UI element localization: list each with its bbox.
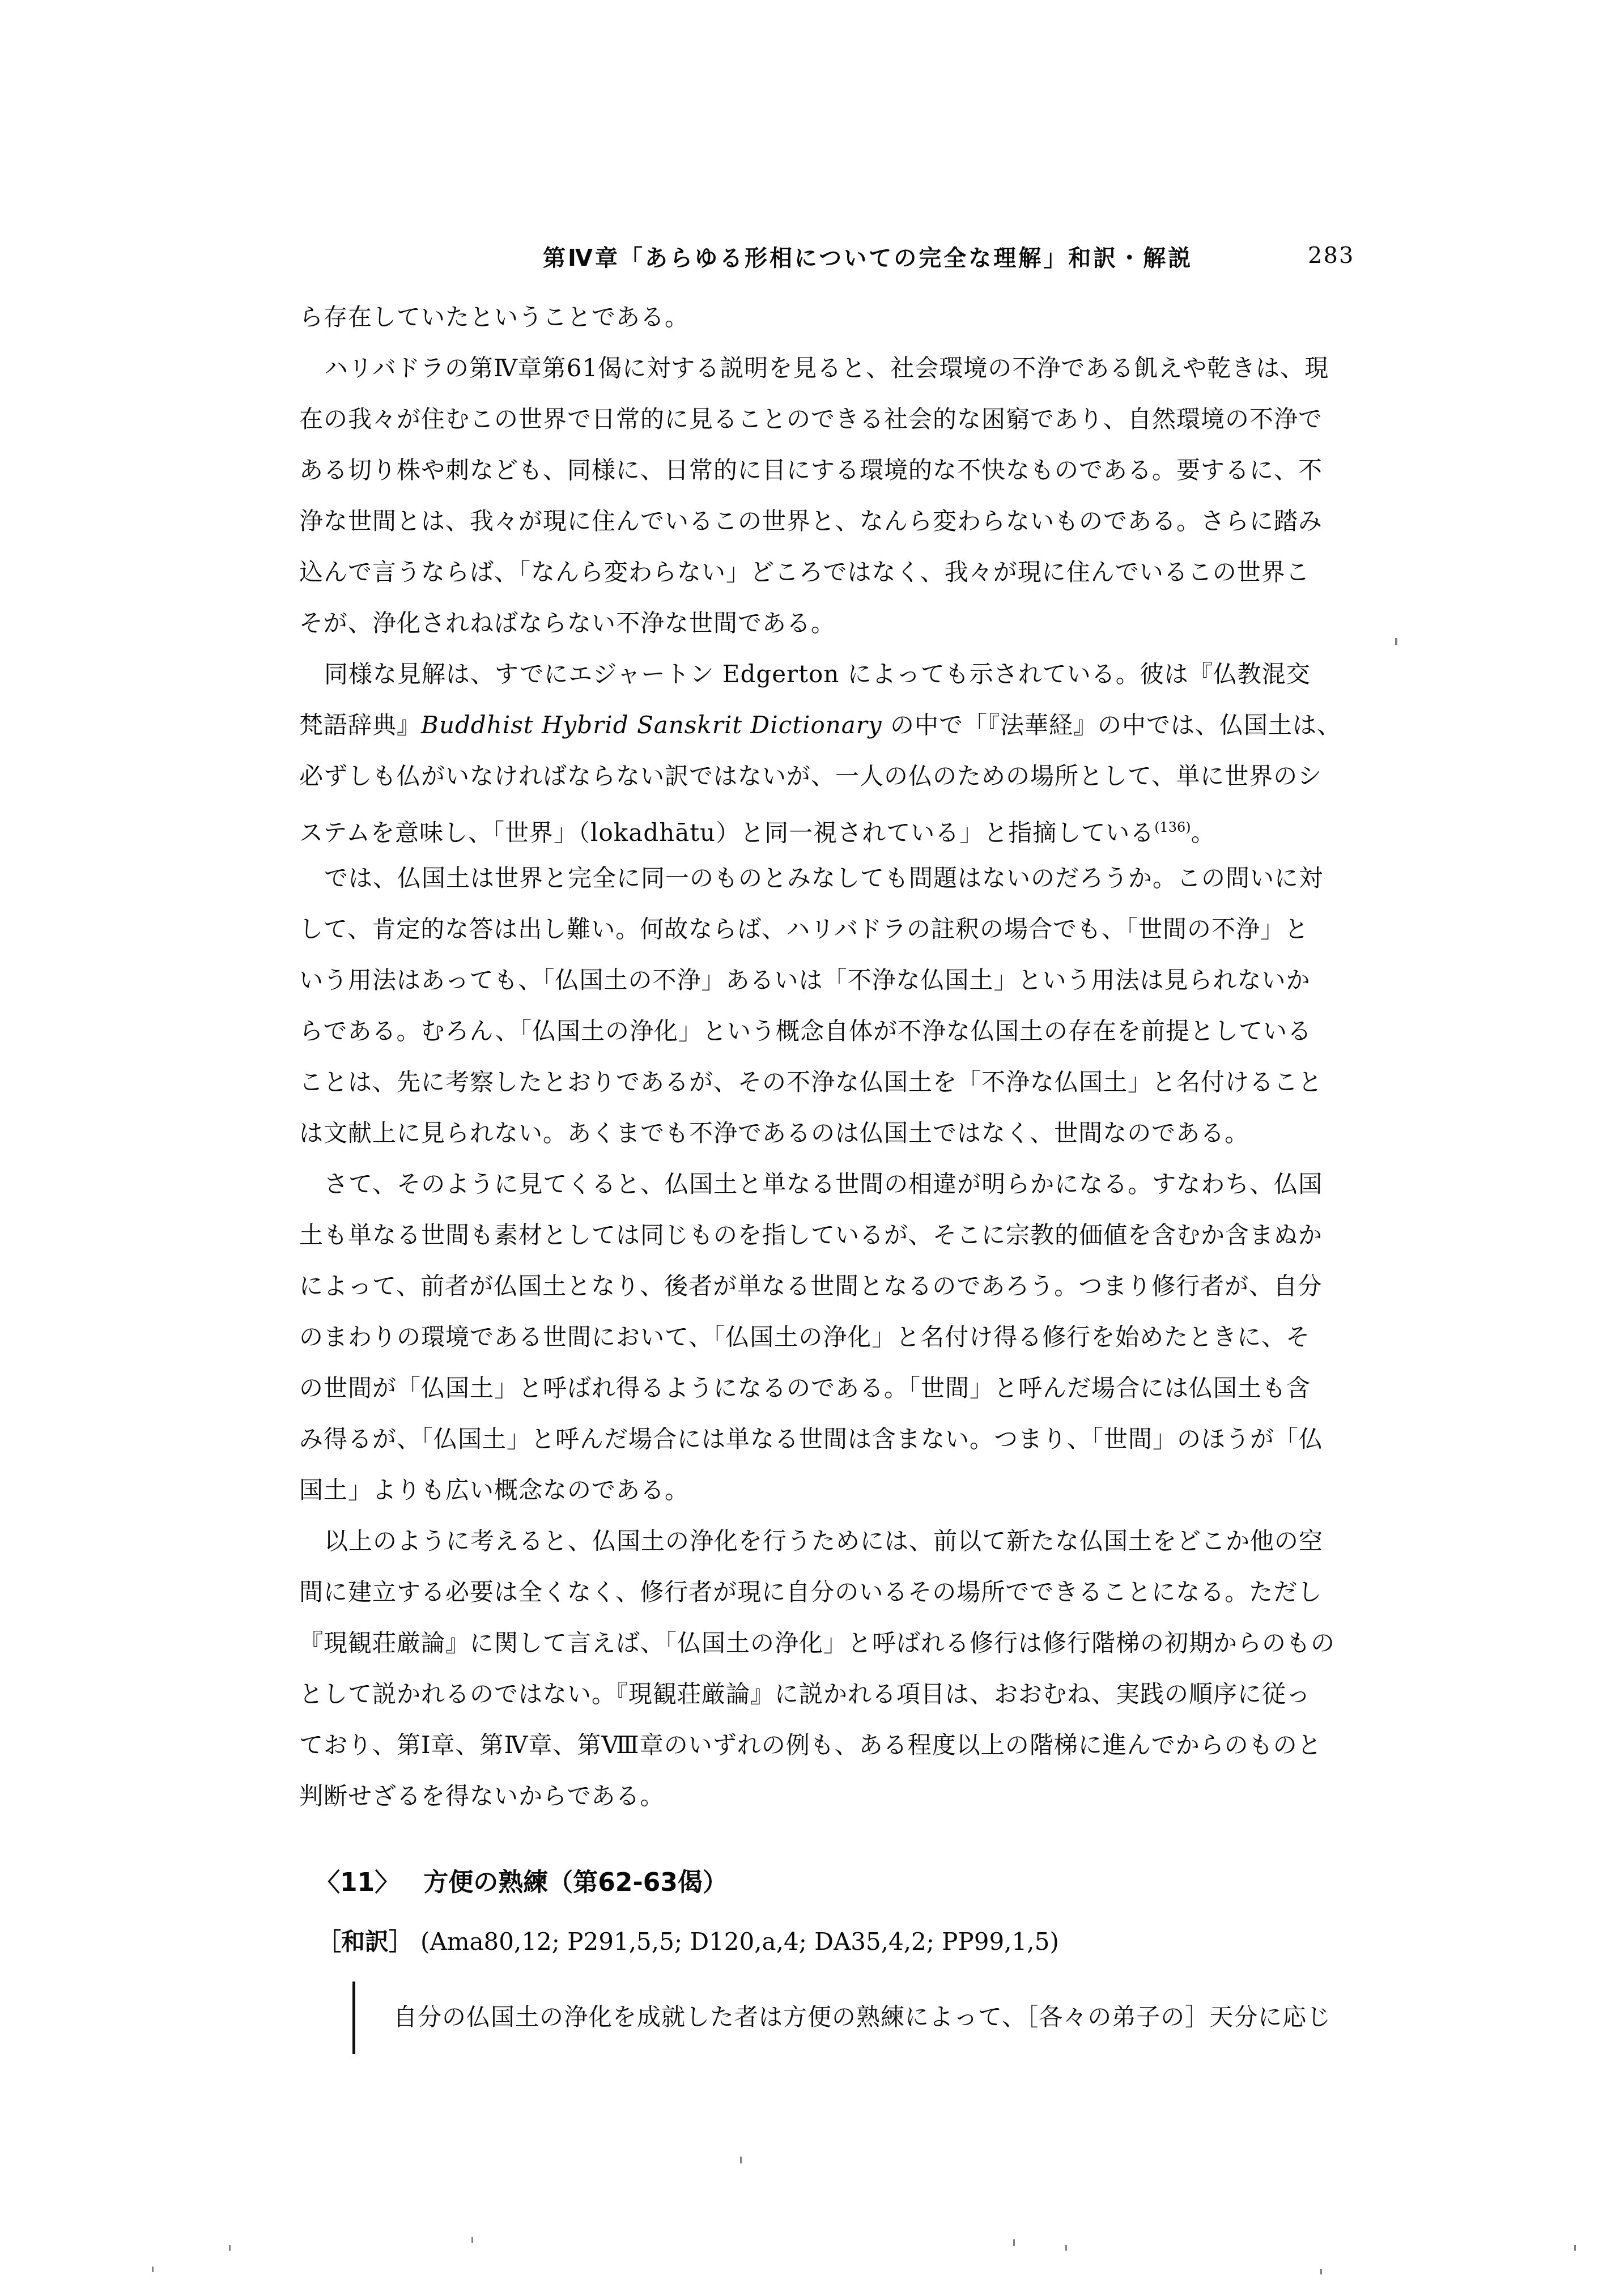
scan-speck	[1574, 2245, 1576, 2251]
scan-speck	[1013, 2239, 1015, 2246]
text-segment: ある切り株や刺なども、同様に、日常的に目にする環境的な不快なものである。要するに…	[299, 456, 1323, 484]
text-segment: ことは、先に考察したとおりであるが、その不浄な仏国土を「不浄な仏国土」と名付ける…	[299, 1068, 1323, 1096]
text-line: では、仏国土は世界と完全に同一のものとみなしても問題はないのだろうか。この問いに…	[299, 853, 1410, 904]
text-line: らである。むろん、「仏国土の浄化」という概念自体が不浄な仏国土の存在を前提として…	[299, 1006, 1410, 1057]
text-segment: 浄な世間とは、我々が現に住んでいるこの世界と、なんら変わらないものである。さらに…	[299, 507, 1323, 535]
translation-ref-line: ［和訳］(Ama80,12; P291,5,5; D120,a,4; DA35,…	[317, 1916, 1059, 1967]
text-segment: ハリバドラの第Ⅳ章第61偈に対する説明を見ると、社会環境の不浄である飢えや乾きは…	[324, 354, 1329, 382]
text-segment: Buddhist Hybrid Sanskrit Dictionary	[421, 711, 882, 739]
text-line: さて、そのように見てくると、仏国土と単なる世間の相違が明らかになる。すなわち、仏…	[299, 1159, 1410, 1210]
text-line: そが、浄化されねばならない不浄な世間である。	[299, 598, 1410, 649]
scan-speck	[1320, 2269, 1322, 2274]
running-head-title: 第Ⅳ章「あらゆる形相についての完全な理解」和訳・解説	[543, 240, 1193, 273]
text-line: して、肯定的な答は出し難い。何故ならば、ハリバドラの註釈の場合でも、「世間の不浄…	[299, 904, 1410, 955]
text-segment: の中で「『法華経』の中では、仏国土は、	[882, 711, 1341, 739]
scan-speck	[1065, 2245, 1067, 2251]
text-line: によって、前者が仏国土となり、後者が単なる世間となるのであろう。つまり修行者が、…	[299, 1261, 1410, 1312]
text-line: のまわりの環境である世間において、「仏国土の浄化」と名付け得る修行を始めたときに…	[299, 1312, 1410, 1363]
quote-bar	[352, 1982, 355, 2054]
footnote-marker: (136)	[1154, 819, 1191, 835]
scan-speck	[471, 2237, 473, 2243]
text-line: ある切り株や刺なども、同様に、日常的に目にする環境的な不快なものである。要するに…	[299, 445, 1410, 496]
text-line: 同様な見解は、すでにエジャートン Edgerton によっても示されている。彼は…	[299, 649, 1410, 700]
text-segment: み得るが、「仏国土」と呼んだ場合には単なる世間は含まない。つまり、「世間」のほう…	[299, 1425, 1323, 1453]
text-segment: の世間が「仏国土」と呼ばれ得るようになるのである。「世間」と呼んだ場合には仏国土…	[299, 1374, 1311, 1402]
text-line: ら存在していたということである。	[299, 292, 1410, 343]
text-segment: 土も単なる世間も素材としては同じものを指しているが、そこに宗教的価値を含むか含ま…	[299, 1221, 1323, 1249]
section-number: 〈11〉	[315, 1868, 399, 1897]
text-line: 間に建立する必要は全くなく、修行者が現に自分のいるその場所でできることになる。た…	[299, 1567, 1410, 1618]
scan-speck	[152, 2267, 154, 2272]
text-segment: 同様な見解は、すでにエジャートン Edgerton によっても示されている。彼は…	[324, 660, 1311, 688]
text-line: 判断せざるを得ないからである。	[299, 1771, 1410, 1822]
scan-speck	[740, 2157, 742, 2163]
translation-references: (Ama80,12; P291,5,5; D120,a,4; DA35,4,2;…	[420, 1928, 1059, 1955]
text-line: ハリバドラの第Ⅳ章第61偈に対する説明を見ると、社会環境の不浄である飢えや乾きは…	[299, 343, 1410, 394]
text-segment: 間に建立する必要は全くなく、修行者が現に自分のいるその場所でできることになる。た…	[299, 1578, 1322, 1606]
body-text: ら存在していたということである。ハリバドラの第Ⅳ章第61偈に対する説明を見ると、…	[299, 292, 1410, 1822]
text-line: 梵語辞典』Buddhist Hybrid Sanskrit Dictionary…	[299, 700, 1410, 751]
text-line: 在の我々が住むこの世界で日常的に見ることのできる社会的な困窮であり、自然環境の不…	[299, 394, 1410, 445]
text-line: ことは、先に考察したとおりであるが、その不浄な仏国土を「不浄な仏国土」と名付ける…	[299, 1057, 1410, 1108]
translation-label: ［和訳］	[317, 1928, 413, 1955]
text-segment: 『現観荘厳論』に関して言えば、「仏国土の浄化」と呼ばれる修行は修行階梯の初期から…	[299, 1629, 1335, 1657]
text-segment: いう用法はあっても、「仏国土の不浄」あるいは「不浄な仏国土」という用法は見られな…	[299, 966, 1311, 994]
text-line: 『現観荘厳論』に関して言えば、「仏国土の浄化」と呼ばれる修行は修行階梯の初期から…	[299, 1618, 1410, 1669]
text-line: いう用法はあっても、「仏国土の不浄」あるいは「不浄な仏国土」という用法は見られな…	[299, 955, 1410, 1006]
text-segment: では、仏国土は世界と完全に同一のものとみなしても問題はないのだろうか。この問いに…	[324, 864, 1323, 892]
text-segment: 。	[1191, 819, 1215, 847]
text-segment: 必ずしも仏がいなければならない訳ではないが、一人の仏のための場所として、単に世界…	[299, 762, 1322, 790]
text-segment: は文献上に見られない。あくまでも不浄であるのは仏国土ではなく、世間なのである。	[299, 1119, 1249, 1147]
text-segment: 判断せざるを得ないからである。	[299, 1782, 665, 1810]
text-line: 必ずしも仏がいなければならない訳ではないが、一人の仏のための場所として、単に世界…	[299, 751, 1410, 802]
text-segment: ステムを意味し、「世界」（lokadhātu）と同一視されている」と指摘している	[299, 819, 1154, 847]
text-segment: ており、第Ⅰ章、第Ⅳ章、第Ⅷ章のいずれの例も、ある程度以上の階梯に進んでからのも…	[299, 1731, 1322, 1759]
text-segment: によって、前者が仏国土となり、後者が単なる世間となるのであろう。つまり修行者が、…	[299, 1272, 1322, 1300]
text-line: ステムを意味し、「世界」（lokadhātu）と同一視されている」と指摘している…	[299, 802, 1410, 853]
text-segment: 梵語辞典』	[299, 711, 421, 739]
verse-quote: 自分の仏国土の浄化を成就した者は方便の熟練によって、［各々の弟子の］天分に応じ	[352, 1986, 1331, 2048]
text-segment: 込んで言うならば、「なんら変わらない」どころではなく、我々が現に住んでいるこの世…	[299, 558, 1310, 586]
text-segment: 国土」よりも広い概念なのである。	[299, 1476, 689, 1504]
text-line: として説かれるのではない。『現観荘厳論』に説かれる項目は、おおむね、実践の順序に…	[299, 1669, 1410, 1720]
text-line: 浄な世間とは、我々が現に住んでいるこの世界と、なんら変わらないものである。さらに…	[299, 496, 1410, 547]
text-line: ており、第Ⅰ章、第Ⅳ章、第Ⅷ章のいずれの例も、ある程度以上の階梯に進んでからのも…	[299, 1720, 1410, 1771]
quote-text: 自分の仏国土の浄化を成就した者は方便の熟練によって、［各々の弟子の］天分に応じ	[393, 1986, 1331, 2048]
text-segment: のまわりの環境である世間において、「仏国土の浄化」と名付け得る修行を始めたときに…	[299, 1323, 1310, 1351]
section-title: 方便の熟練（第62-63偈）	[423, 1868, 728, 1897]
text-segment: さて、そのように見てくると、仏国土と単なる世間の相違が明らかになる。すなわち、仏…	[324, 1170, 1323, 1198]
text-segment: ら存在していたということである。	[299, 303, 689, 331]
text-line: 込んで言うならば、「なんら変わらない」どころではなく、我々が現に住んでいるこの世…	[299, 547, 1410, 598]
section-heading: 〈11〉方便の熟練（第62-63偈）	[315, 1857, 728, 1908]
text-line: 国土」よりも広い概念なのである。	[299, 1465, 1410, 1516]
text-line: 以上のように考えると、仏国土の浄化を行うためには、前以て新たな仏国土をどこか他の…	[299, 1516, 1410, 1567]
text-segment: として説かれるのではない。『現観荘厳論』に説かれる項目は、おおむね、実践の順序に…	[299, 1680, 1311, 1708]
text-line: み得るが、「仏国土」と呼んだ場合には単なる世間は含まない。つまり、「世間」のほう…	[299, 1414, 1410, 1465]
scan-speck	[229, 2245, 231, 2251]
text-segment: 以上のように考えると、仏国土の浄化を行うためには、前以て新たな仏国土をどこか他の…	[324, 1527, 1323, 1555]
page-number: 283	[1308, 243, 1354, 269]
text-segment: 在の我々が住むこの世界で日常的に見ることのできる社会的な困窮であり、自然環境の不…	[299, 405, 1323, 433]
document-page: 第Ⅳ章「あらゆる形相についての完全な理解」和訳・解説 283 ら存在していたとい…	[0, 0, 1624, 2296]
text-segment: らである。むろん、「仏国土の浄化」という概念自体が不浄な仏国土の存在を前提として…	[299, 1017, 1312, 1045]
text-segment: そが、浄化されねばならない不浄な世間である。	[299, 609, 835, 637]
text-line: の世間が「仏国土」と呼ばれ得るようになるのである。「世間」と呼んだ場合には仏国土…	[299, 1363, 1410, 1414]
text-segment: して、肯定的な答は出し難い。何故ならば、ハリバドラの註釈の場合でも、「世間の不浄…	[299, 915, 1309, 943]
text-line: は文献上に見られない。あくまでも不浄であるのは仏国土ではなく、世間なのである。	[299, 1108, 1410, 1159]
scan-speck	[1395, 638, 1397, 645]
text-line: 土も単なる世間も素材としては同じものを指しているが、そこに宗教的価値を含むか含ま…	[299, 1210, 1410, 1261]
